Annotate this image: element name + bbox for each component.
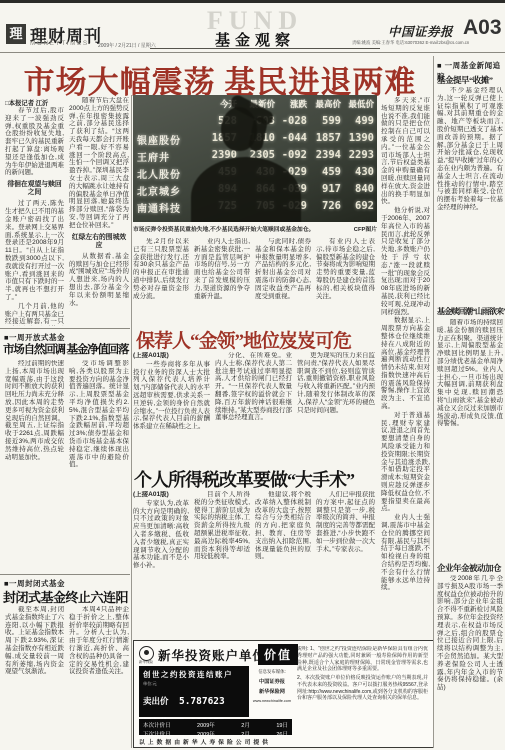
stock-board-photo: 今开 最新价 涨跌 最高价 最低价 528 603 -028 599 499 银…: [133, 95, 377, 222]
paragraph: 多天来,“市场短期的反复谁也说不准,我们能做的只是把仓位控制在自己可以承受的范围…: [381, 97, 430, 206]
board-col-header: 涨跌: [277, 98, 307, 110]
media-item: 新华保险网: [252, 688, 292, 695]
board-col-header: 最低价: [342, 98, 374, 110]
article-column: 经过前期的快速上扬,本周市场出现宽幅震荡,由于这段时间不断放大的获利回吐压力尚未…: [5, 360, 64, 570]
column-divider: [131, 95, 132, 748]
article-column: 他建议,将个税改革纳入整体税制改革的大盘子,按照综合与分类相结合的方向,把家庭负…: [255, 491, 311, 636]
paragraph: 与此同时,债券基金和保本基金的申报数量明显增多,产品结构的多元化,折射出基金公司…: [255, 238, 311, 300]
section-banner: 基金观察: [190, 29, 320, 50]
page-number: A03: [463, 16, 502, 40]
article-column: 有业内人士表示,待市场企稳之后,偏股型新基金的建仓节奏将成为影响短期走势的重要变…: [316, 238, 375, 322]
paragraph: 业内人士强调,震荡市中基金仓位的腾挪空间有限,基民与其纠结于每日涨跌,不如检视自…: [381, 514, 430, 592]
sell-value: 5.787623: [179, 696, 225, 707]
media-label: 信息发布媒体:: [252, 669, 292, 675]
photo-credit: CFP图片: [341, 224, 377, 233]
date-month: 2月: [241, 721, 250, 729]
stock-value: 840: [342, 183, 374, 195]
paragraph: 分化、在所难免。业内人士称,保荐代表人第二批注册考试通过率明显提高,人才供给的闸…: [215, 352, 292, 422]
pricing-date-row: 本次计价日 2009年 2月 19日: [139, 719, 292, 729]
paragraph: 先,2月份以来已有三只股票型基金获批进行发行,还有30余只基金产品的申报正在审批…: [133, 238, 189, 300]
unit-label: 单位:元: [143, 681, 249, 687]
article-column: 目前个人所得税的分类征收模式,使得工薪阶层成为实际的纳税主体,工资薪金所得按九级…: [194, 491, 250, 636]
stock-value: -028: [277, 115, 307, 127]
article-column: 更为现实的压力来自监管问责,“保荐代表人如果尽职调查不到位,轻则监管谈话,重则撤…: [297, 352, 375, 458]
top-rule: [0, 0, 505, 3]
article-column: 与此同时,债券基金和保本基金的申报数量明显增多,产品结构的多元化,折射出基金公司…: [255, 238, 311, 322]
tax-headline: 个人所得税改革要做“大手术”: [134, 466, 376, 492]
paragraph: 他建议,将个税改革纳入整体税制改革的大盘子,按照综合与分类相结合的方向,把家庭负…: [255, 491, 311, 561]
account-name: 创世之约投资连结账户: [143, 669, 249, 680]
article-column: 随着节后大盘在2000点上方的强势反弹,在年报密集披露之前,部分基民选择了获利了…: [69, 97, 129, 326]
stock-value: 499: [342, 115, 374, 127]
stock-value: -044: [277, 132, 307, 144]
newspaper-page: 理 理财周刊 MONEYTIMES 2009年 / 2月21日 / 星期六 FU…: [0, 0, 505, 750]
stock-value: 2394: [309, 149, 341, 161]
board-col-header: 最高价: [309, 98, 341, 110]
article-column: 本周4只品种企稳于折价之上,整体折价率较前期略有回升。分析人士认为,由于年度分红…: [69, 606, 129, 746]
sidebar-section-title: 基金提早“收摊”: [437, 74, 503, 86]
masthead-date: 2009年 / 2月21日 / 星期六: [98, 42, 156, 49]
article-column: 截至本周,封闭式基金指数终止了六连阳,以小幅下跌报收。上证基金指数本周下跌2.9…: [5, 606, 64, 746]
continued-note: (上接A01版): [133, 352, 210, 360]
sell-label: 卖出价: [143, 696, 169, 706]
article-column: (上接A01版) 专家认为,改革的大方向是明确的,只不过政策的对象应当更加清晰:…: [133, 491, 189, 636]
continued-note: (上接A01版): [133, 491, 189, 499]
paragraph: 随着市场的持续回暖,基金份额的赎回压力正在积聚。渠道统计显示,上周偏股型基金净赎…: [437, 319, 503, 428]
paragraph: 一些券商将多年从事投行业务的资深人士大批列入保荐代表人培养计划,“内部储备代表人…: [133, 361, 210, 431]
article-column: 先,2月份以来已有三只股票型基金获批进行发行,还有30余只基金产品的申报正在审批…: [133, 238, 189, 322]
article-column: (上接A01版) 一些券商将多年从事投行业务的资深人士大批列入保荐代表人培养计划…: [133, 352, 210, 458]
paragraph: 目前个人所得税的分类征收模式,使得工薪阶层成为实际的纳税主体,工资薪金所得按九级…: [194, 491, 250, 561]
stock-value: 726: [309, 200, 341, 212]
media-panel: 信息发布媒体: 中国证券报 新华保险网 www.newchinalife.com: [252, 666, 292, 717]
media-item: www.newchinalife.com: [252, 699, 292, 703]
sidebar-section-title: 企业年金被动加仓: [437, 562, 503, 574]
sidebar-section-body: 受2008年几乎全部亏损及A股市场一季度权益仓位被动抬升的影响,部分企业年金组合…: [437, 575, 503, 746]
photo-caption: 市场反弹令投资基民重拾失地,不少基民选择开始大笔赎回或基金加仓。: [133, 224, 333, 233]
sidebar-divider: [433, 56, 434, 748]
paragraph: 截至本周,封闭式基金指数终止了六连阳,以小幅下跌报收。上证基金指数本周下跌2.9…: [5, 606, 64, 676]
value-tag: 价值: [258, 644, 298, 665]
article-column: 春节过后,股市迎来了一波强劲反弹,权重股及基金重仓股纷纷收复失地,套牢已久的基民…: [5, 107, 64, 326]
stock-name: 王府井: [137, 149, 199, 164]
paragraph: 人们已申报获批的方案中,起征点的调整只是第一步,税率级次的简并、申报制度的完善等…: [316, 491, 375, 553]
paragraph: 专家认为,改革的大方向是明确的,只不过政策的对象应当更加清晰:高收入者多缴税、低…: [133, 500, 189, 570]
paragraph: 从数据看,基金的赎回与加仓已经形成“围城效应”:场外的人想进来,场内的人想出去,…: [69, 253, 129, 308]
stock-value: -092: [277, 149, 307, 161]
section-underline: [150, 48, 380, 49]
paragraph: 他分析说,对于2006年、2007年高位入市的基民而言,此轮反弹只是收复了部分失…: [381, 207, 430, 316]
provider-line: 以上数据由新华人寿保险公司提供: [139, 737, 292, 746]
paragraph: 受市场调整影响,各类以股票为主要投资方向的基金净值普遍回落。统计显示,上周股票型…: [69, 360, 129, 469]
closed-fund-headline: 封闭式基金终止六连阳: [3, 587, 131, 606]
media-item: 中国证券报: [252, 678, 292, 685]
masthead-logo-icon: 理: [6, 24, 26, 44]
ad-title: 新华投资账户单位: [158, 646, 266, 664]
masthead-subtitle: MONEYTIMES: [30, 40, 89, 47]
column-subhead: 红绿左右的围城效应: [69, 234, 129, 250]
paragraph: 有业内人士表示,待市场企稳之后,偏股型新基金的建仓节奏将成为影响短期走势的重要变…: [316, 238, 375, 300]
article-column: 人们已申报获批的方案中,起征点的调整只是第一步,税率级次的简并、申报制度的完善等…: [316, 491, 375, 636]
stock-value: 2293: [342, 149, 374, 161]
paragraph: 本周4只品种企稳于折价之上,整体折价率较前期略有回升。分析人士认为,由于年度分红…: [69, 606, 129, 676]
stock-name: 北京城乡: [137, 183, 199, 198]
stock-value: 1390: [342, 132, 374, 144]
article-column: 业内人士指出,新基金密集获批,一方面是监管层呵护市场的信号,另一方面也给基金公司…: [194, 238, 250, 322]
paragraph: 几个月前,他的账户上有两只基金已经接近解套,有一只已经回到1元面值以上,但他始终…: [5, 303, 64, 326]
paragraph: 对于普通基民,理财专家建议,进退之间首先要想清楚自身的风险承受能力和投资期限;长…: [381, 412, 430, 513]
stock-value: 917: [309, 183, 341, 195]
quote-panel: 创世之约投资连结账户 单位:元 卖出价 5.787623 买入价 5.90337…: [139, 666, 249, 717]
paragraph: 更为现实的压力来自监管问责,“保荐代表人如果尽职调查不到位,轻则监管谈话,重则撤…: [297, 352, 375, 414]
sidebar-section-body: 不少基金经理认为,这一轮反弹已使上证综指累积了可观涨幅,对其前期重仓的金融、地产…: [437, 87, 503, 301]
paper-name: 中国证券报: [388, 22, 464, 40]
stock-value: 459: [309, 166, 341, 178]
date-year: 2009年: [197, 721, 215, 729]
section-rule: [0, 574, 130, 575]
ad-note: 2、本次投资账户单位价格反映投资运作账户的当期表现,并不代表未来的投资收益。客户…: [297, 675, 428, 702]
article-column: 受市场调整影响,各类以股票为主要投资方向的基金净值普遍回落。统计显示,上周股票型…: [69, 360, 129, 570]
open-fund-headline: 市场自然回调 基金净值回落: [3, 341, 131, 357]
pricing-dates: 本次计价日 2009年 2月 19日 下次计价日 2009年 2月 26日: [139, 719, 292, 735]
sidebar-section-body: 随着市场的持续回暖,基金份额的赎回压力正在积聚。渠道统计显示,上周偏股型基金净赎…: [437, 319, 503, 557]
sidebar-section-title: 基金赎回潮“山雨欲来”: [437, 306, 503, 317]
paragraph: 受2008年几乎全部亏损及A股市场一季度权益仓位被动抬升的影响,部分企业年金组合…: [437, 575, 503, 692]
ad-note: 说明: 1、“创世之约”投资连结保险是新华保险具有组合内优秀理财产品的强大功能,…: [297, 646, 428, 673]
stock-value: 599: [309, 115, 341, 127]
stock-name: 南通科技: [137, 200, 199, 215]
paragraph: 业内人士指出,新基金密集获批,一方面是监管层呵护市场的信号,另一方面也给基金公司…: [194, 238, 250, 300]
date-day: 19日: [276, 721, 288, 729]
paragraph: 随着节后大盘在2000点上方的强势反弹,在年报密集披露之前,部分基民选择了获利了…: [69, 97, 129, 230]
header-rule: [0, 52, 505, 53]
insurance-ad: 新华保险 新华投资账户单位 价值 创世之约投资连结账户 单位:元 卖出价 5.7…: [133, 640, 434, 748]
stock-value: 692: [342, 200, 374, 212]
paragraph: 不少基金经理认为,这一轮反弹已使上证综指累积了可观涨幅,对其前期重仓的金融、地产…: [437, 87, 503, 212]
stock-value: 430: [342, 166, 374, 178]
brand-logo-icon: [139, 646, 154, 661]
editor-info: 责编:姚波 美编:王春华 电话:63070362 E-mail:zbs@cs.c…: [352, 40, 502, 46]
stock-name: 银座股份: [137, 132, 199, 147]
stock-name: 北人股份: [137, 166, 199, 181]
ad-notes: 说明: 1、“创世之约”投资连结保险是新华保险具有组合内优秀理财产品的强大功能,…: [297, 646, 428, 742]
stock-value: 1857: [309, 132, 341, 144]
column-subhead: 徘徊在观望与赎回之间: [5, 181, 64, 197]
article-column: 分化、在所难免。业内人士称,保荐代表人第二批注册考试通过率明显提高,人才供给的闸…: [215, 352, 292, 458]
paragraph: 过了两天,陈先生才把久已不用的基金账户密码找了出来。登录网上交易界面,系统显示,…: [5, 200, 64, 301]
sponsor-headline: 保荐人“金领”地位岌岌可危: [136, 326, 376, 353]
brand-name: 新华保险: [137, 660, 155, 665]
paragraph: 数据显示,上周股票方向基金整体仓位继续维持在八成附近的高位,基金经理普遍判断流动…: [381, 317, 430, 411]
masthead: 理 理财周刊 MONEYTIMES 2009年 / 2月21日 / 星期六: [6, 22, 156, 52]
byline: □本报记者 江沂: [5, 98, 48, 107]
paragraph: 春节过后,股市迎来了一波强劲反弹,权重股及基金重仓股纷纷收复失地,套牢已久的基民…: [5, 107, 64, 177]
paragraph: 经过前期的快速上扬,本周市场出现宽幅震荡,由于这段时间不断放大的获利回吐压力尚未…: [5, 360, 64, 461]
article-column: 多天来,“市场短期的反复谁也说不准,我们能做的只是把仓位控制在自己可以承受的范围…: [381, 97, 430, 631]
section-rule: [0, 328, 130, 329]
date-label: 本次计价日: [143, 721, 171, 729]
